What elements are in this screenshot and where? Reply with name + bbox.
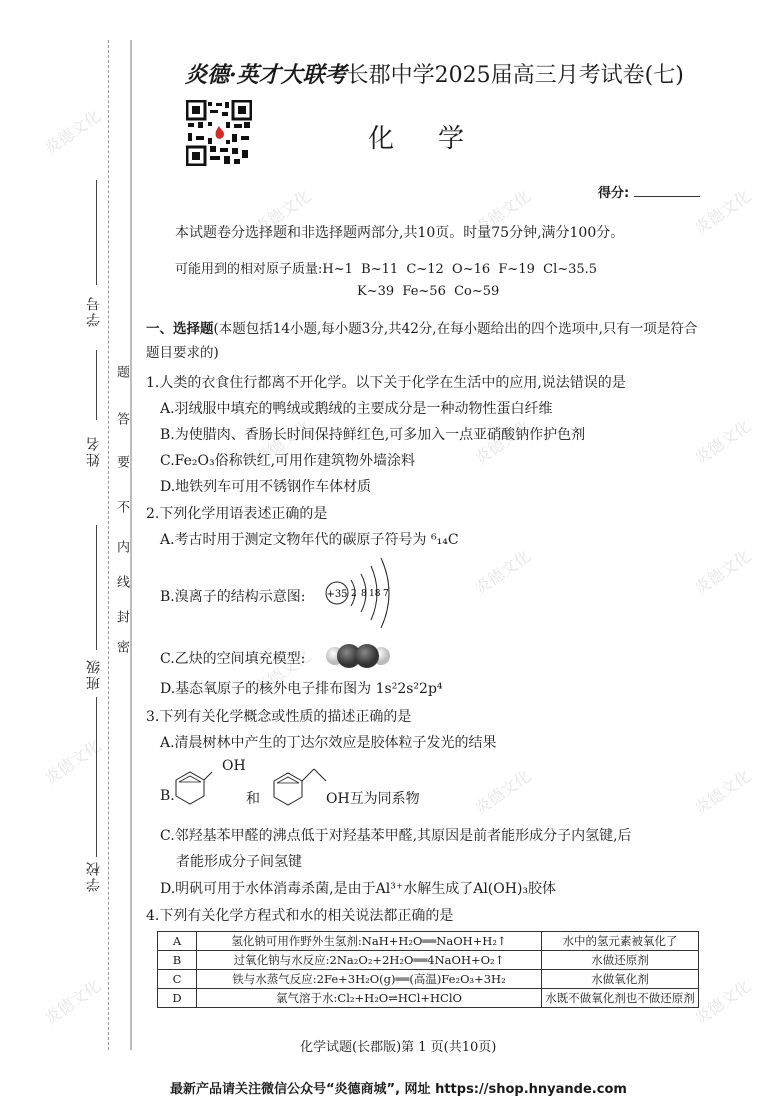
watermark: 炎德文化: [39, 734, 105, 790]
field-line: [96, 180, 97, 285]
question-3-option-c-cont: 者能形成分子间氢键: [176, 851, 302, 871]
equation-cell: 铁与水蒸气反应:2Fe+3H₂O(g)══(高温)Fe₂O₃+3H₂: [197, 970, 542, 989]
section-heading: 一、选择题(本题包括14小题,每小题3分,共42分,在每小题给出的四个选项中,只…: [146, 317, 706, 365]
svg-text:2: 2: [351, 589, 357, 599]
table-row[interactable]: B过氧化钠与水反应:2Na₂O₂+2H₂O══4NaOH+O₂↑水做还原剂: [158, 951, 699, 970]
score-field[interactable]: [634, 196, 700, 197]
seal-char: 要: [112, 455, 131, 468]
name-label: 姓名: [84, 435, 104, 467]
atomic-mass-line-1: 可能用到的相对原子质量:H~1 B~11 C~12 O~16 F~19 Cl~3…: [175, 258, 597, 277]
question-1-option-c[interactable]: C.Fe₂O₃俗称铁红,可用作建筑物外墙涂料: [160, 450, 415, 470]
equation-cell: 氢化钠可用作野外生氢剂:NaH+H₂O══NaOH+H₂↑: [197, 932, 542, 951]
question-3-option-d[interactable]: D.明矾可用于水体消毒杀菌,是由于Al³⁺水解生成了Al(OH)₃胶体: [160, 878, 556, 898]
svg-text:7: 7: [383, 589, 389, 599]
seal-char: 线: [112, 575, 131, 588]
svg-text:8: 8: [361, 589, 367, 599]
question-2-option-d[interactable]: D.基态氧原子的核外电子排布图为 1s²2s²2p⁴: [160, 678, 443, 698]
brand: 炎德·英才大联考: [185, 62, 347, 88]
field-line: [96, 697, 97, 857]
oh-label: OH: [326, 791, 350, 807]
question-3-stem: 3.下列有关化学概念或性质的描述正确的是: [146, 706, 411, 726]
section-title: 一、选择题: [146, 321, 214, 337]
seal-char: 密: [112, 640, 131, 653]
question-1-option-a[interactable]: A.羽绒服中填充的鸭绒或鹅绒的主要成分是一种动物性蛋白纤维: [160, 398, 553, 418]
question-4-stem: 4.下列有关化学方程式和水的相关说法都正确的是: [146, 905, 453, 925]
table-row[interactable]: D氯气溶于水:Cl₂+H₂O⇌HCl+HClO水既不做氧化剂也不做还原剂: [158, 989, 699, 1008]
table-row[interactable]: C铁与水蒸气反应:2Fe+3H₂O(g)══(高温)Fe₂O₃+3H₂水做氧化剂: [158, 970, 699, 989]
seal-char: 内: [112, 540, 131, 553]
benzyl-alcohol-oh: OH互为同系物: [326, 788, 420, 808]
note-cell: 水做氧化剂: [542, 970, 699, 989]
watermark: 炎德文化: [469, 764, 535, 820]
watermark: 炎德文化: [39, 974, 105, 1030]
watermark: 炎德文化: [689, 184, 755, 240]
and-label: 和: [246, 788, 260, 808]
phenol-oh: OH: [222, 758, 246, 774]
watermark: 炎德文化: [689, 414, 755, 470]
svg-text:18: 18: [369, 589, 381, 599]
seal-char: 答: [112, 412, 131, 425]
bromide-ion-diagram: +35 2 8 18 7: [323, 556, 403, 628]
watermark: 炎德文化: [689, 974, 755, 1030]
note-cell: 水做还原剂: [542, 951, 699, 970]
note-cell: 水中的氢元素被氧化了: [542, 932, 699, 951]
seal-char: 不: [112, 500, 131, 513]
question-2-option-b[interactable]: B.溴离子的结构示意图:: [160, 586, 305, 606]
benzyl-alcohol-structure: [268, 765, 332, 817]
student-id-label: 学号: [84, 295, 104, 327]
promo-text[interactable]: 最新产品请关注微信公众号“炎德商城”, 网址 https://shop.hnya…: [170, 1078, 627, 1097]
field-line: [96, 525, 97, 650]
seal-char: 封: [112, 610, 131, 623]
question-2-option-a[interactable]: A.考古时用于测定文物年代的碳原子符号为 ⁶₁₄C: [160, 529, 459, 549]
option-label: B: [158, 951, 197, 970]
question-3-option-a[interactable]: A.清晨树林中产生的丁达尔效应是胶体粒子发光的结果: [160, 732, 497, 752]
svg-text:+35: +35: [326, 589, 347, 600]
question-1-option-d[interactable]: D.地铁列车可用不锈钢作车体材质: [160, 476, 371, 496]
note-cell: 水既不做氧化剂也不做还原剂: [542, 989, 699, 1008]
table-row[interactable]: A氢化钠可用作野外生氢剂:NaH+H₂O══NaOH+H₂↑水中的氢元素被氧化了: [158, 932, 699, 951]
atomic-mass-values: H~1 B~11 C~12 O~16 F~19 Cl~35.5: [322, 262, 597, 277]
page-footer: 化学试题(长郡版)第 1 页(共10页): [300, 1036, 496, 1055]
watermark: 炎德文化: [689, 544, 755, 600]
seal-char: 题: [112, 365, 131, 378]
atomic-mass-label: 可能用到的相对原子质量:: [175, 262, 322, 277]
school-label: 学校: [84, 860, 104, 892]
score-label: 得分:: [598, 182, 629, 201]
field-line: [96, 350, 97, 420]
homolog-text: 互为同系物: [350, 791, 420, 807]
question-1-stem: 1.人类的衣食住行都离不开化学。以下关于化学在生活中的应用,说法错误的是: [146, 372, 626, 392]
intro-text: 本试题卷分选择题和非选择题两部分,共10页。时量75分钟,满分100分。: [175, 222, 624, 242]
question-4-table: A氢化钠可用作野外生氢剂:NaH+H₂O══NaOH+H₂↑水中的氢元素被氧化了…: [157, 931, 699, 1008]
watermark: 炎德文化: [469, 544, 535, 600]
equation-cell: 氯气溶于水:Cl₂+H₂O⇌HCl+HClO: [197, 989, 542, 1008]
watermark: 炎德文化: [39, 104, 105, 160]
question-2-option-c[interactable]: C.乙炔的空间填充模型:: [160, 648, 305, 668]
section-desc: (本题包括14小题,每小题3分,共42分,在每小题给出的四个选项中,只有一项是符…: [146, 321, 697, 361]
option-label: D: [158, 989, 197, 1008]
watermark: 炎德文化: [689, 764, 755, 820]
option-label: C: [158, 970, 197, 989]
question-1-option-b[interactable]: B.为使腊肉、香肠长时间保持鲜红色,可多加入一点亚硝酸钠作护色剂: [160, 424, 585, 444]
class-label: 班级: [84, 658, 104, 690]
acetylene-model-icon: [326, 643, 390, 669]
qr-code-icon[interactable]: [186, 100, 252, 166]
atomic-mass-line-2: K~39 Fe~56 Co~59: [357, 284, 499, 299]
question-3-option-c[interactable]: C.邻羟基苯甲醛的沸点低于对羟基苯甲醛,其原因是前者能形成分子内氢键,后: [160, 825, 632, 845]
subject-title: 化学: [368, 118, 508, 155]
phenol-structure: [170, 758, 220, 814]
equation-cell: 过氧化钠与水反应:2Na₂O₂+2H₂O══4NaOH+O₂↑: [197, 951, 542, 970]
exam-title: 炎德·英才大联考长郡中学2025届高三月考试卷(七): [185, 58, 684, 89]
question-2-stem: 2.下列化学用语表述正确的是: [146, 503, 327, 523]
exam-title-rest: 长郡中学2025届高三月考试卷(七): [347, 63, 684, 88]
option-label: A: [158, 932, 197, 951]
binding-dashed-line: [108, 40, 109, 1050]
